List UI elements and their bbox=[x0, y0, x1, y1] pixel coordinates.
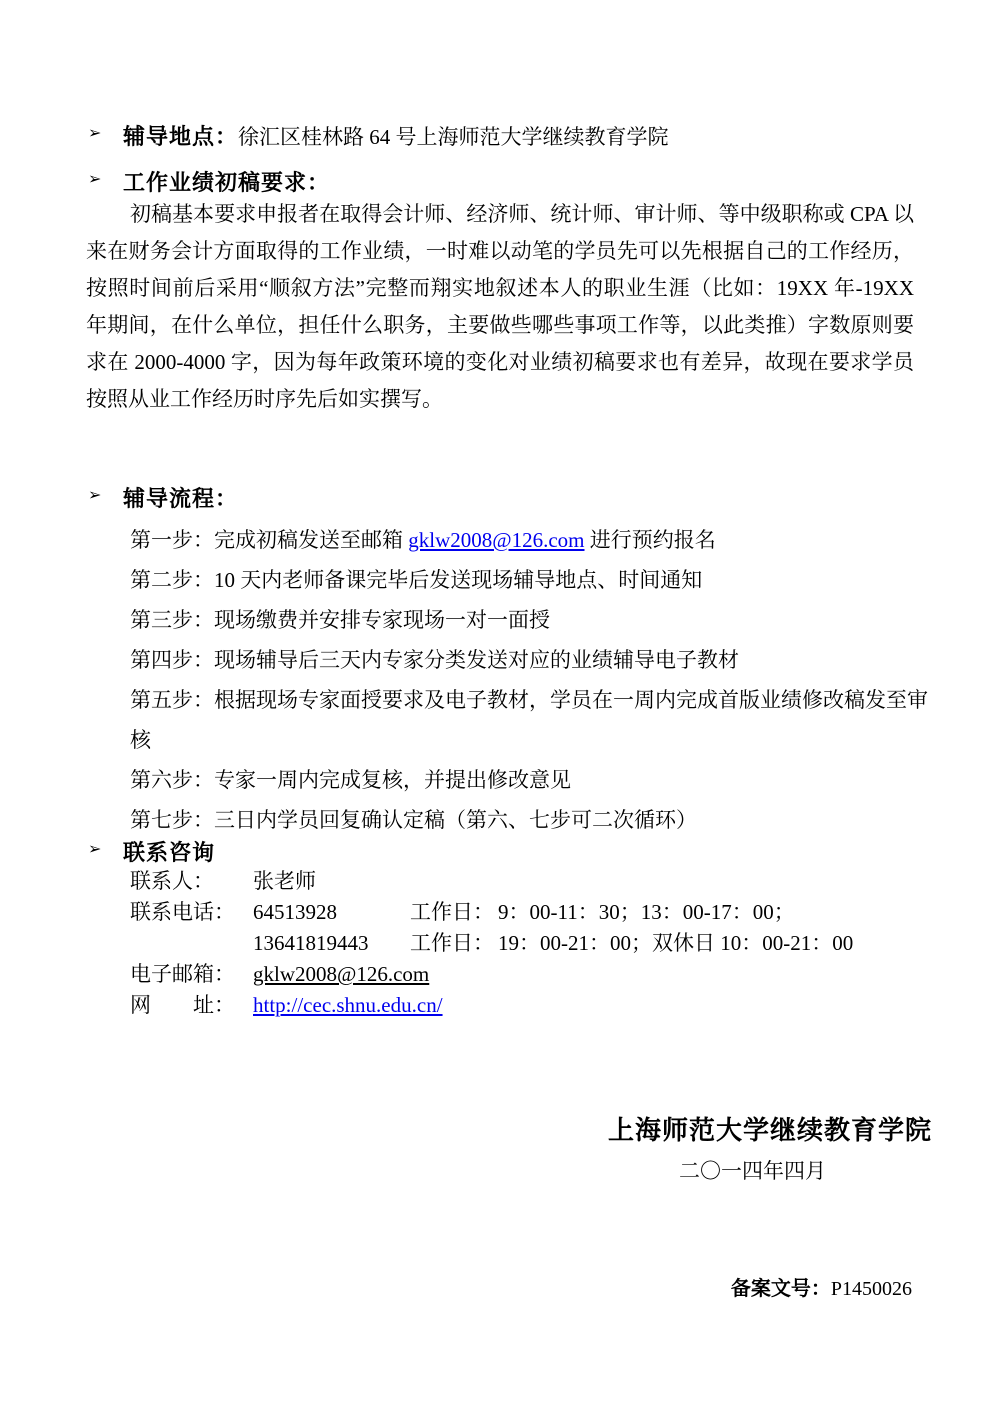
flow-step-4: 第四步：现场辅导后三天内专家分类发送对应的业绩辅导电子教材 bbox=[130, 640, 930, 680]
flow-step-1-email-link[interactable]: gklw2008@126.com bbox=[408, 528, 584, 552]
flow-heading: 辅导流程： bbox=[123, 482, 238, 513]
flow-steps-list: 第一步：完成初稿发送至邮箱 gklw2008@126.com 进行预约报名 第二… bbox=[130, 520, 930, 840]
contact-row-phone-2: 13641819443 工作日： 19：00-21：00；双休日 10：00-2… bbox=[130, 928, 920, 959]
flow-step-1-prefix: 第一步：完成初稿发送至邮箱 bbox=[130, 528, 408, 552]
flow-step-1-suffix: 进行预约报名 bbox=[585, 528, 716, 552]
contact-phone-2-label-spacer bbox=[130, 928, 253, 959]
contact-phone-2-value: 13641819443 bbox=[253, 928, 410, 959]
contact-phone-1-hours: 9：00-11：30；13：00-17：00； bbox=[498, 897, 920, 928]
location-label: 辅导地点： bbox=[123, 124, 238, 149]
location-line: 辅导地点：徐汇区桂林路 64 号上海师范大学继续教育学院 bbox=[123, 120, 669, 151]
arrow-bullet-icon: ➢ bbox=[88, 166, 123, 192]
section-contact-heading: ➢ 联系咨询 bbox=[88, 836, 215, 867]
flow-step-6: 第六步：专家一周内完成复核，并提出修改意见 bbox=[130, 760, 930, 800]
section-location: ➢ 辅导地点：徐汇区桂林路 64 号上海师范大学继续教育学院 bbox=[88, 120, 918, 151]
filing-number-label: 备案文号： bbox=[731, 1278, 831, 1300]
contact-phone-1-value: 64513928 bbox=[253, 897, 410, 928]
contact-website-link[interactable]: http://cec.shnu.edu.cn/ bbox=[253, 990, 920, 1021]
contact-website-label: 网 址： bbox=[130, 990, 253, 1021]
footer-organization-name: 上海师范大学继续教育学院 bbox=[600, 1110, 940, 1147]
contact-row-person: 联系人： 张老师 bbox=[130, 866, 920, 897]
requirements-paragraph: 初稿基本要求申报者在取得会计师、经济师、统计师、审计师、等中级职称或 CPA 以… bbox=[86, 196, 914, 418]
contact-table: 联系人： 张老师 联系电话： 64513928 工作日： 9：00-11：30；… bbox=[130, 866, 920, 1021]
requirements-heading: 工作业绩初稿要求： bbox=[123, 166, 330, 197]
contact-phone-label: 联系电话： bbox=[130, 897, 253, 928]
flow-step-5: 第五步：根据现场专家面授要求及电子教材，学员在一周内完成首版业绩修改稿发至审核 bbox=[130, 680, 930, 760]
section-flow-heading: ➢ 辅导流程： bbox=[88, 482, 238, 513]
contact-phone-2-hours: 19：00-21：00；双休日 10：00-21：00 bbox=[498, 928, 920, 959]
filing-number-value: P1450026 bbox=[831, 1278, 912, 1300]
contact-heading: 联系咨询 bbox=[123, 836, 215, 867]
filing-number-line: 备案文号：P1450026 bbox=[731, 1272, 912, 1301]
contact-email-label: 电子邮箱： bbox=[130, 959, 253, 990]
flow-step-3: 第三步：现场缴费并安排专家现场一对一面授 bbox=[130, 600, 930, 640]
flow-step-7: 第七步：三日内学员回复确认定稿（第六、七步可二次循环） bbox=[130, 800, 930, 840]
arrow-bullet-icon: ➢ bbox=[88, 120, 123, 146]
flow-step-1: 第一步：完成初稿发送至邮箱 gklw2008@126.com 进行预约报名 bbox=[130, 520, 930, 560]
contact-phone-1-hours-label: 工作日： bbox=[410, 897, 498, 928]
section-requirements-heading: ➢ 工作业绩初稿要求： bbox=[88, 166, 330, 197]
contact-person-value: 张老师 bbox=[253, 866, 920, 897]
contact-phone-2-hours-label: 工作日： bbox=[410, 928, 498, 959]
contact-row-phone-1: 联系电话： 64513928 工作日： 9：00-11：30；13：00-17：… bbox=[130, 897, 920, 928]
arrow-bullet-icon: ➢ bbox=[88, 482, 123, 508]
arrow-bullet-icon: ➢ bbox=[88, 836, 123, 862]
contact-row-email: 电子邮箱： gklw2008@126.com bbox=[130, 959, 920, 990]
contact-email-link[interactable]: gklw2008@126.com bbox=[253, 959, 920, 990]
contact-row-website: 网 址： http://cec.shnu.edu.cn/ bbox=[130, 990, 920, 1021]
footer-date: 二〇一四年四月 bbox=[560, 1155, 945, 1185]
location-value: 徐汇区桂林路 64 号上海师范大学继续教育学院 bbox=[238, 125, 669, 149]
contact-person-label: 联系人： bbox=[130, 866, 253, 897]
flow-step-2: 第二步：10 天内老师备课完毕后发送现场辅导地点、时间通知 bbox=[130, 560, 930, 600]
